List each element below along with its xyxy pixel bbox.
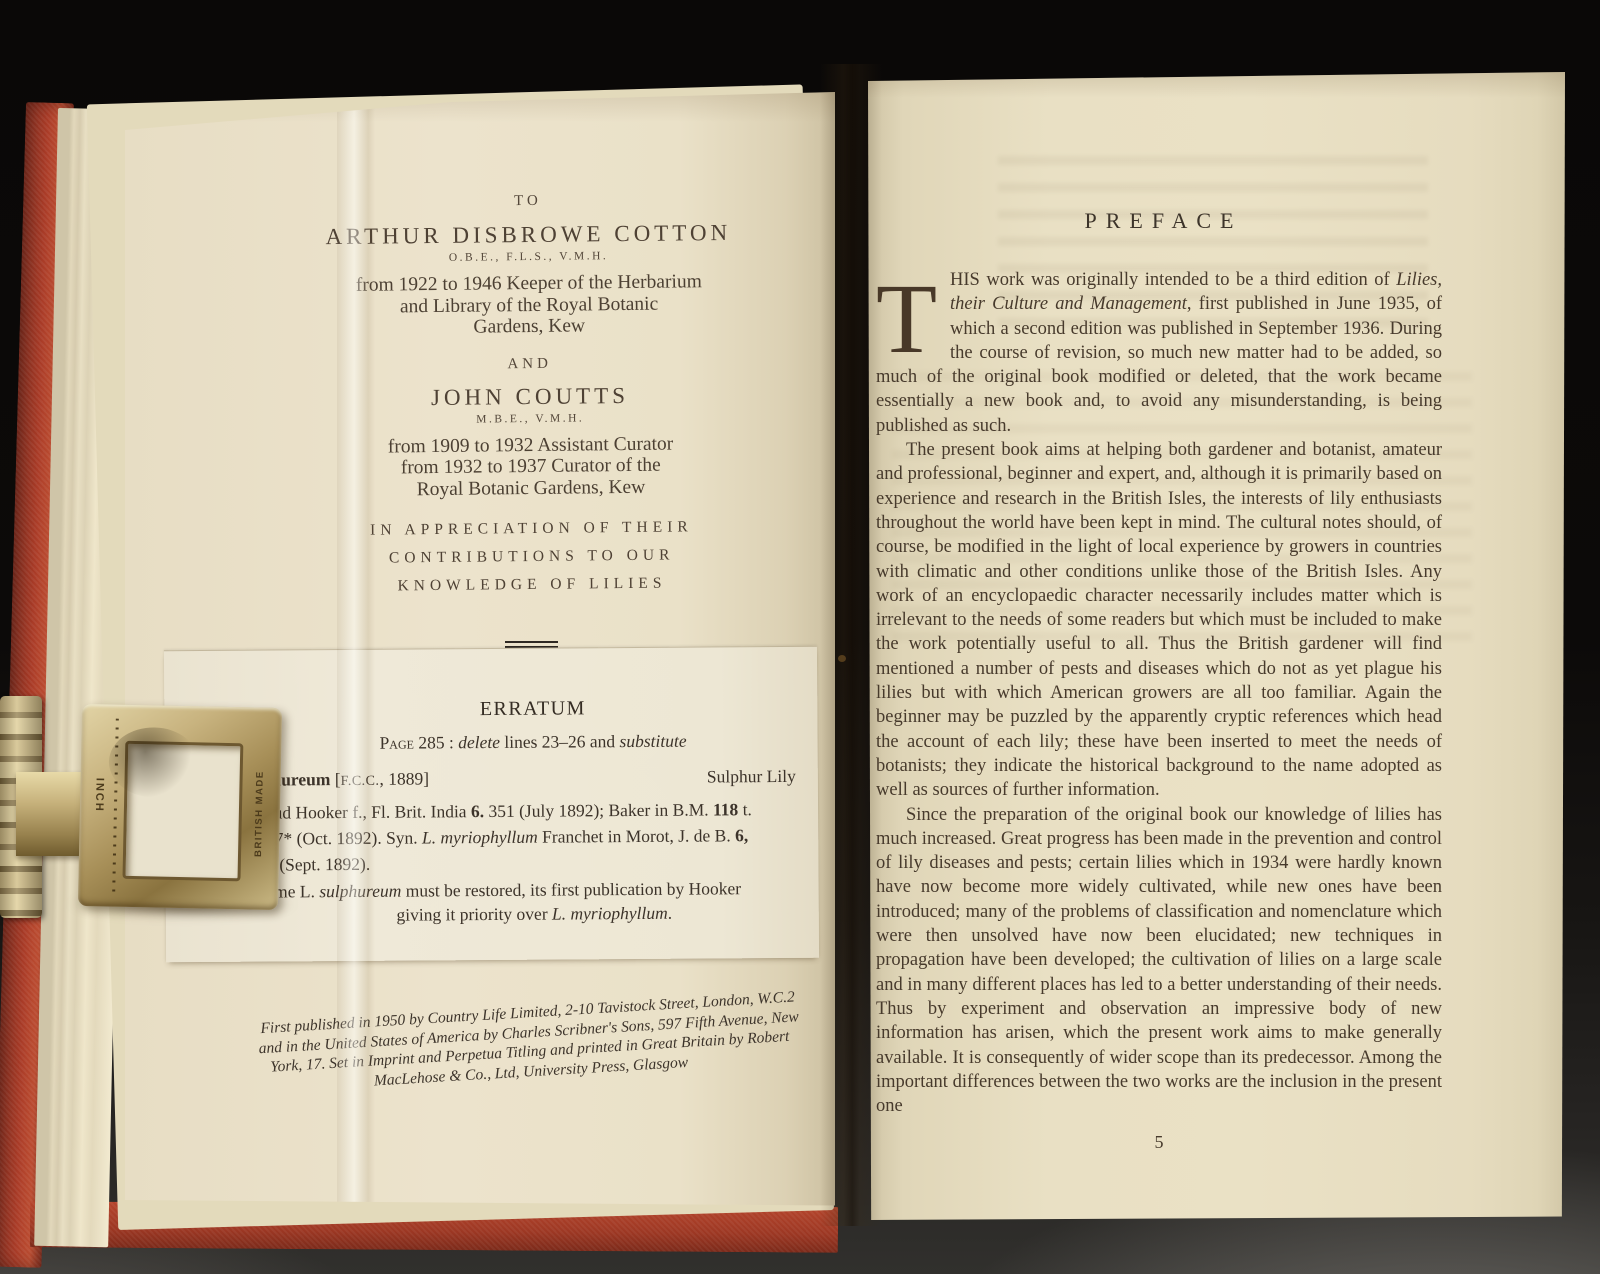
erratum-entry-row: lphureum [F.C.C., 1889] Sulphur Lily — [257, 765, 810, 794]
brass-clasp: INCH BRITISH MADE — [0, 690, 300, 920]
dedication-block: TO ARTHUR DISBROWE COTTON O.B.E., F.L.S.… — [273, 189, 787, 601]
erratum-reference-line: 13 (Sept. 1892). — [257, 848, 810, 878]
preface-body: THIS work was originally intended to be … — [876, 268, 1442, 1155]
dedication-line: Gardens, Kew — [274, 313, 784, 340]
paragraph-text: HIS work was originally intended to be a… — [876, 270, 1442, 436]
left-page: TO ARTHUR DISBROWE COTTON O.B.E., F.L.S.… — [125, 92, 835, 1210]
dedication-honors-1: O.B.E., F.L.S., V.M.H. — [273, 247, 783, 266]
dedication-to: TO — [273, 189, 783, 212]
dedication-appreciation: KNOWLEDGE OF LILIES — [277, 568, 787, 601]
erratum-note-line: giving it priority over L. myriophyllum. — [258, 900, 811, 928]
page-number: 5 — [876, 1130, 1442, 1154]
preface-paragraph-2: The present book aims at helping both ga… — [876, 438, 1442, 802]
clasp-opening — [122, 741, 243, 881]
ruler-tick-marks — [112, 719, 119, 895]
dedication-and: AND — [275, 352, 785, 375]
imprint-colophon: First published in 1950 by Country Life … — [244, 977, 813, 1098]
erratum-heading: ERRATUM — [256, 695, 809, 723]
erratum-note-line: name L. sulphureum must be restored, its… — [258, 876, 811, 904]
erratum-entry-common-name: Sulphur Lily — [707, 765, 796, 791]
clasp-frame: INCH BRITISH MADE — [78, 704, 282, 910]
inch-engraving: INCH — [91, 765, 106, 825]
dedication-name-2: JOHN COUTTS — [275, 381, 785, 412]
preface-paragraph-3: Since the preparation of the original bo… — [876, 803, 1442, 1119]
preface-title: PREFACE — [876, 208, 1442, 234]
book-photo: TO ARTHUR DISBROWE COTTON O.B.E., F.L.S.… — [0, 0, 1600, 1274]
dedication-name-1: ARTHUR DISBROWE COTTON — [273, 219, 783, 250]
right-page: PREFACE THIS work was originally intende… — [868, 72, 1565, 1220]
drop-cap-letter: T — [876, 269, 942, 345]
erratum-reference-line: 257* (Oct. 1892). Syn. L. myriophyllum F… — [257, 822, 810, 852]
paper-speck — [838, 655, 846, 662]
erratum-reference-line: apud Hooker f., Fl. Brit. India 6. 351 (… — [257, 796, 810, 826]
dedication-honors-2: M.B.E., V.M.H. — [275, 409, 785, 428]
erratum-instruction: Page 285 : delete lines 23–26 and substi… — [256, 729, 809, 755]
dedication-line: Royal Botanic Gardens, Kew — [276, 475, 786, 502]
preface-paragraph-1: THIS work was originally intended to be … — [876, 268, 1442, 438]
british-made-engraving: BRITISH MADE — [253, 759, 267, 869]
